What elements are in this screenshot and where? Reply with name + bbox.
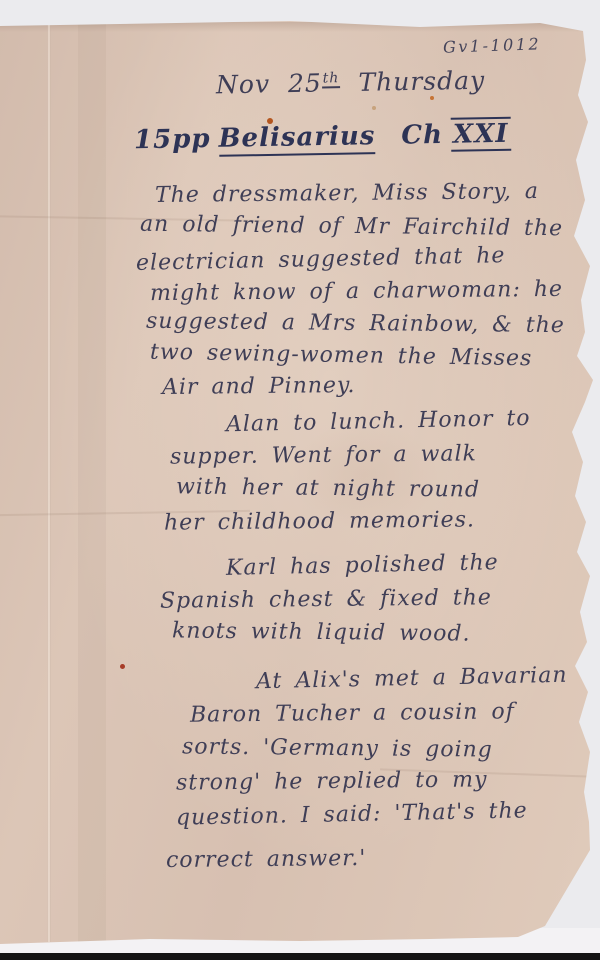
scan-edge-strip: [0, 953, 600, 960]
manuscript-line: strong' he replied to my: [176, 767, 488, 795]
date-ordinal: th: [322, 70, 341, 88]
foxing-spot: [372, 106, 376, 110]
manuscript-line: with her at night round: [176, 474, 480, 502]
manuscript-line: suggested a Mrs Rainbow, & the: [146, 309, 565, 338]
manuscript-line: her childhood memories.: [164, 507, 475, 535]
work-title: Belisarius: [218, 121, 375, 157]
manuscript-line: At Alix's met a Bavarian: [256, 663, 568, 695]
chapter-label: Ch: [401, 120, 443, 151]
manuscript-line: electrician suggested that he: [136, 243, 506, 276]
manuscript-line: supper. Went for a walk: [170, 441, 477, 469]
manuscript-line: sorts. 'Germany is going: [182, 734, 493, 762]
fold-shadow-band: [78, 22, 106, 942]
manuscript-line: Spanish chest & fixed the: [160, 585, 492, 613]
manuscript-line: The dressmaker, Miss Story, a: [155, 179, 539, 208]
date-heading: Nov 25th Thursday: [216, 66, 486, 100]
date-weekday: Thursday: [358, 66, 485, 97]
manuscript-line: question. I said: 'That's the: [176, 798, 528, 830]
catalog-number: Gv1-1012: [443, 34, 542, 56]
manuscript-line: two sewing-women the Misses: [150, 340, 533, 372]
manuscript-paper: Gv1-1012 Nov 25th Thursday 15ppBelisariu…: [0, 0, 600, 960]
manuscript-line: Baron Tucher a cousin of: [190, 699, 515, 727]
manuscript-line: Alan to lunch. Honor to: [226, 406, 531, 437]
manuscript-line: Karl has polished the: [226, 550, 499, 581]
page-count: 15pp: [134, 124, 211, 155]
date-month-day: Nov 25: [216, 69, 322, 100]
chapter-numeral: XXI: [451, 117, 511, 152]
manuscript-line: an old friend of Mr Fairchild the: [140, 212, 563, 241]
scanned-page: Gv1-1012 Nov 25th Thursday 15ppBelisariu…: [0, 0, 600, 960]
chapter-heading: 15ppBelisariusChXXI: [134, 119, 511, 156]
manuscript-line: correct answer.': [166, 846, 367, 873]
manuscript-line: might know of a charwoman: he: [150, 277, 563, 306]
vertical-fold-crease: [47, 22, 51, 942]
foxing-spot: [120, 664, 125, 669]
manuscript-line: Air and Pinney.: [162, 373, 356, 400]
manuscript-line: knots with liquid wood.: [172, 618, 471, 646]
foxing-spot: [430, 96, 434, 100]
